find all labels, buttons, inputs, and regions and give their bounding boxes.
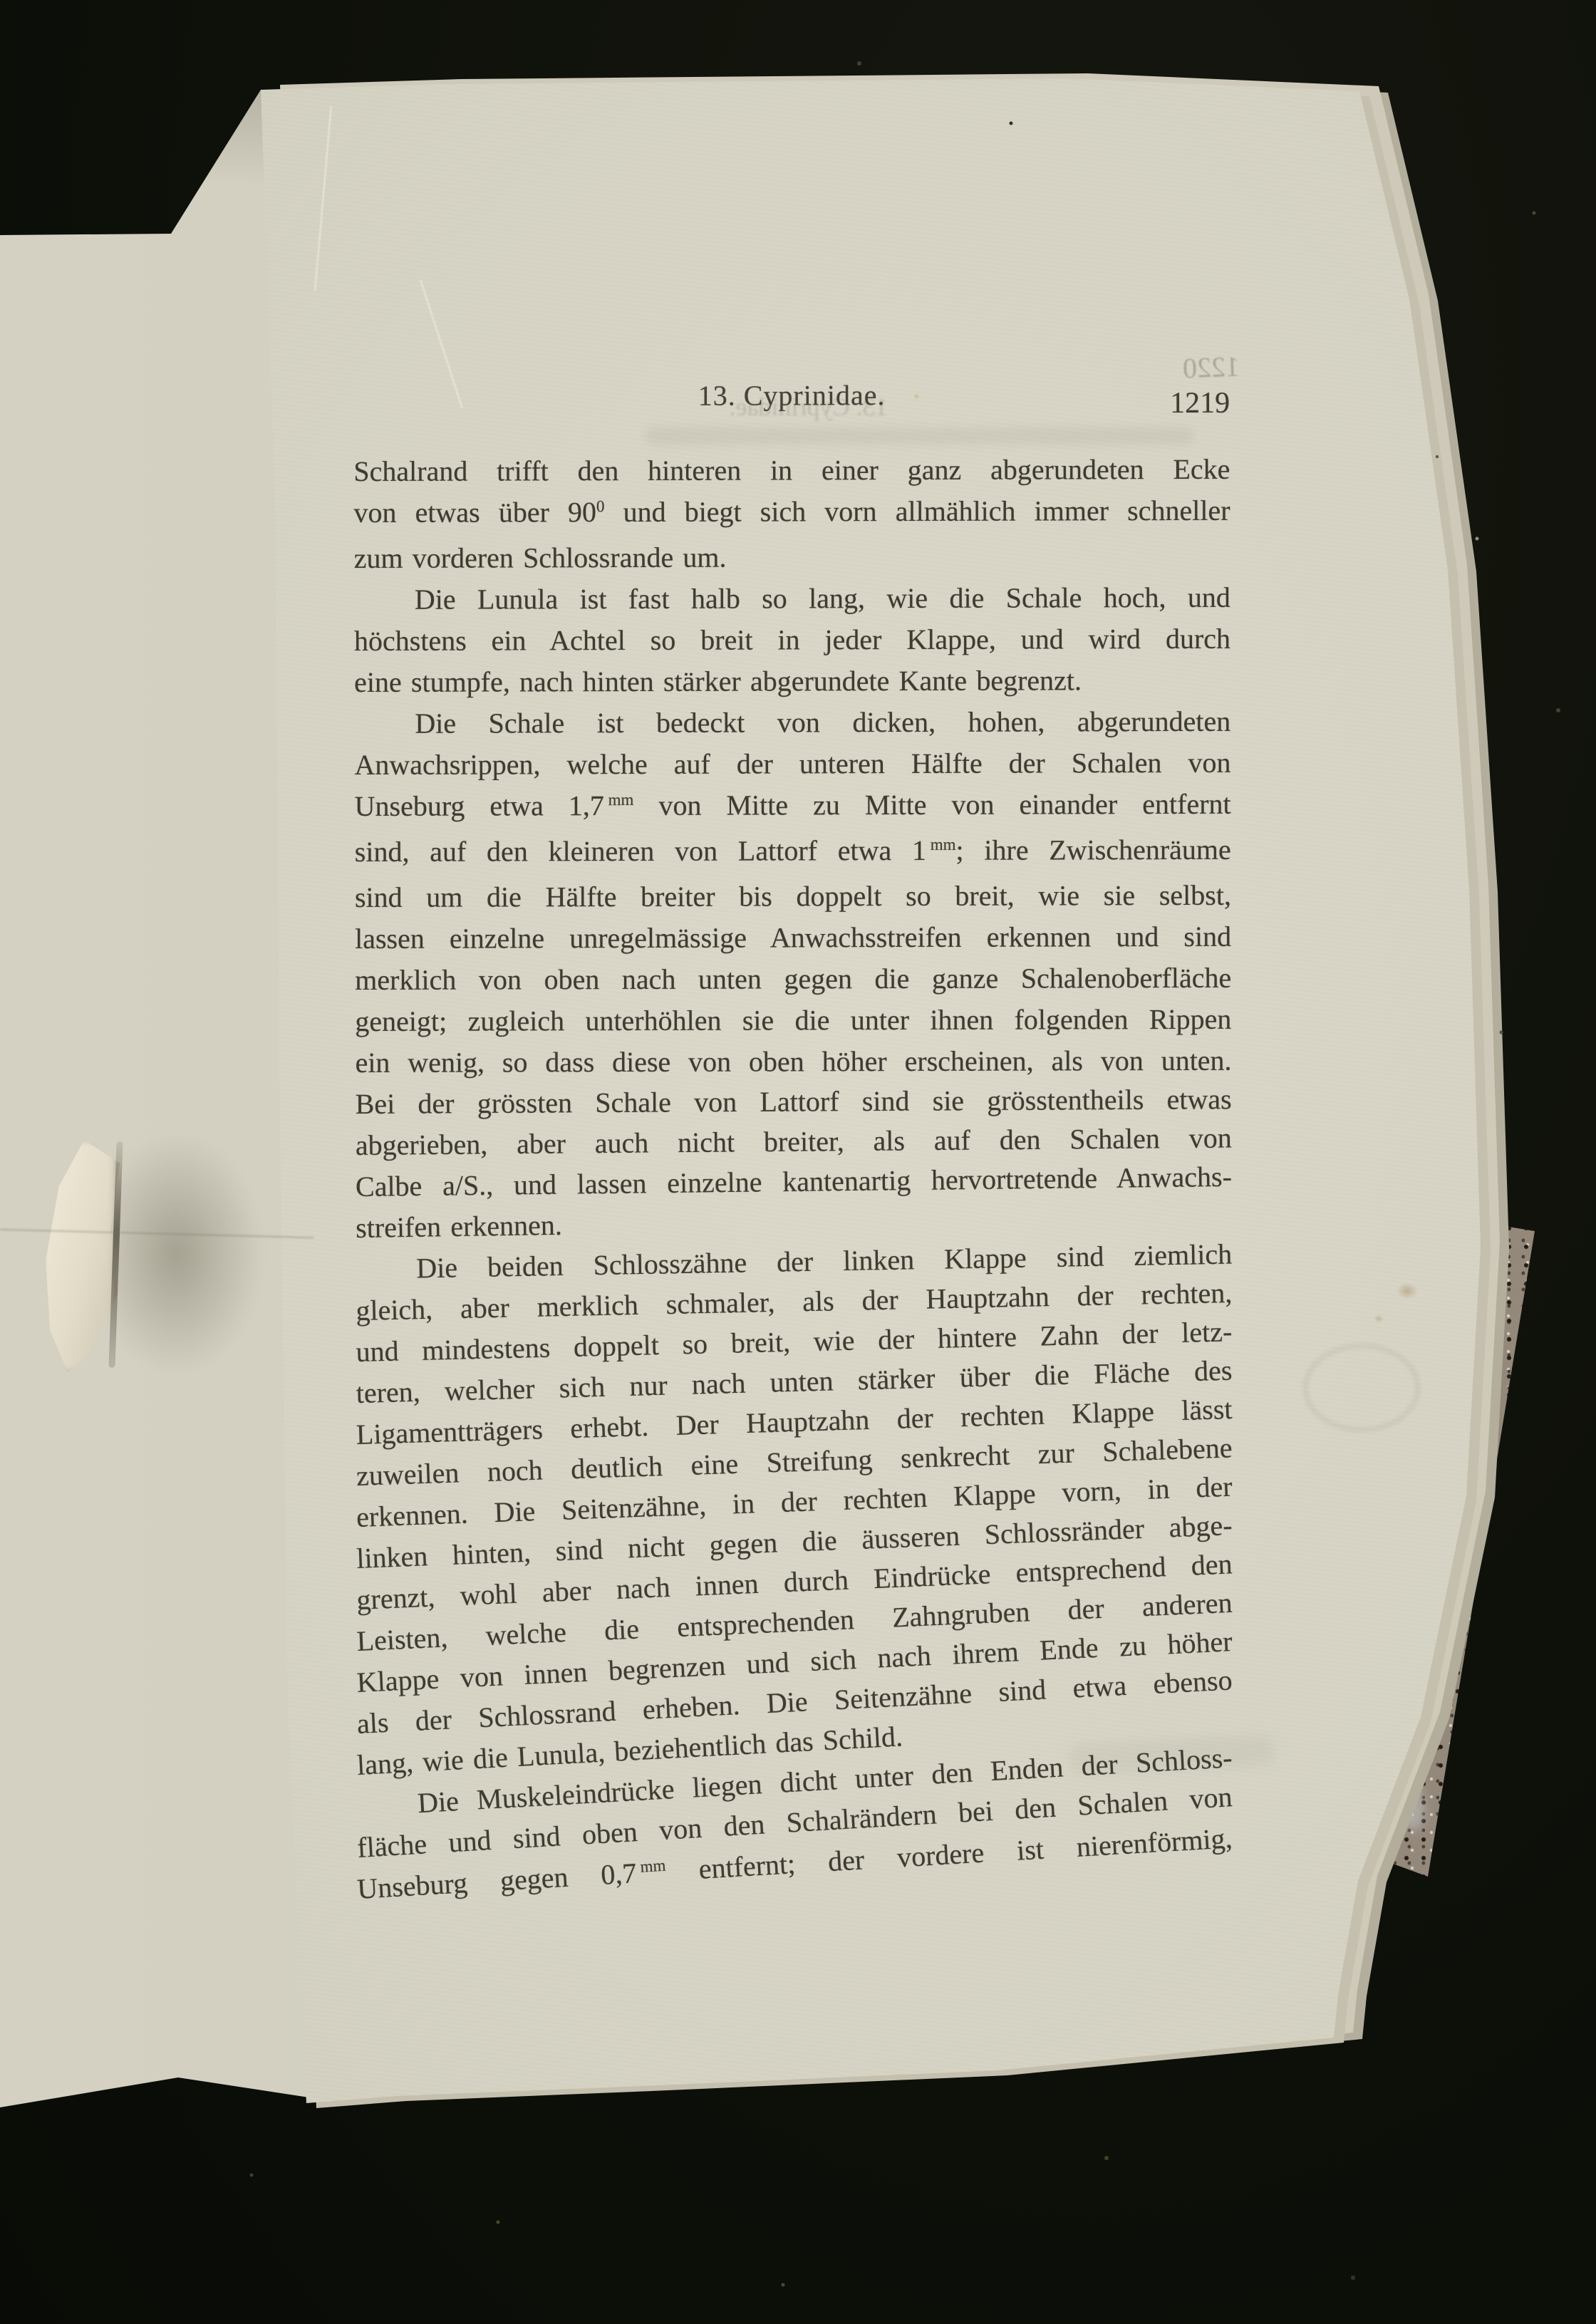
stain bbox=[1374, 1314, 1384, 1323]
text-line: Die Lunula ist fast halb so lang, wie di… bbox=[354, 577, 1230, 621]
text-line: sind, auf den kleineren von Lattorf etwa… bbox=[355, 829, 1231, 877]
superscript: mm bbox=[640, 1856, 666, 1875]
paragraph: Die beiden Schlosszähne der linken Klapp… bbox=[356, 1247, 1233, 1786]
text-segment: Schalrand trifft den hinteren in einer g… bbox=[353, 453, 1230, 487]
text-line: merklich von oben nach unten gegen die g… bbox=[355, 958, 1231, 1001]
text-segment: eine stumpfe, nach hinten stärker abgeru… bbox=[354, 664, 1082, 698]
text-segment: streifen erkennen. bbox=[356, 1209, 562, 1244]
text-segment: Die Lunula ist fast halb so lang, wie di… bbox=[415, 581, 1230, 616]
text-line: Anwachsrippen, welche auf der unteren Hä… bbox=[354, 742, 1230, 786]
stain-ring bbox=[1302, 1343, 1421, 1433]
text-line: sind um die Hälfte breiter bis doppelt s… bbox=[355, 875, 1231, 918]
text-segment: Bei der grössten Schale von Lattorf sind… bbox=[356, 1083, 1232, 1120]
superscript: 0 bbox=[596, 497, 605, 515]
text-segment: und biegt sich vorn allmählich immer sch… bbox=[604, 494, 1230, 528]
text-segment: ; ihre Zwischenräume bbox=[955, 834, 1230, 866]
paragraph: Schalrand trifft den hinteren in einer g… bbox=[353, 449, 1230, 579]
superscript: mm bbox=[931, 836, 956, 854]
dust-specks bbox=[0, 0, 1, 1]
text-segment: Die Schale ist bedeckt von dicken, hohen… bbox=[415, 705, 1230, 740]
text-line: eine stumpfe, nach hinten stärker abgeru… bbox=[354, 660, 1230, 703]
text-segment: von Mitte zu Mitte von einander entfernt bbox=[633, 788, 1230, 821]
text-line: ein wenig, so dass diese von oben höher … bbox=[355, 1040, 1231, 1084]
text-segment: Unseburg etwa 1,7 bbox=[355, 789, 604, 822]
text-segment: geneigt; zugleich unterhöhlen sie die un… bbox=[355, 1003, 1231, 1037]
text-segment: lassen einzelne unregelmässige Anwachsst… bbox=[355, 920, 1231, 955]
text-segment: Anwachsrippen, welche auf der unteren Hä… bbox=[354, 747, 1230, 781]
stain bbox=[1396, 1282, 1418, 1300]
text-segment: höchstens ein Achtel so breit in jeder K… bbox=[354, 623, 1230, 657]
text-line: höchstens ein Achtel so breit in jeder K… bbox=[354, 618, 1230, 662]
superscript: mm bbox=[608, 791, 634, 809]
text-segment: zum vorderen Schlossrande um. bbox=[354, 541, 727, 574]
page-text: Schalrand trifft den hinteren in einer g… bbox=[353, 449, 1233, 1914]
photo-background: 1220 13. Cyprinidae. 13. Cyprinidae. 121… bbox=[0, 0, 1596, 2324]
text-line: geneigt; zugleich unterhöhlen sie die un… bbox=[355, 999, 1231, 1042]
text-block: 13. Cyprinidae. 1219 Schalrand trifft de… bbox=[353, 372, 1234, 1914]
paragraph: Die Schale ist bedeckt von dicken, hohen… bbox=[354, 701, 1232, 1249]
paragraph: Die Lunula ist fast halb so lang, wie di… bbox=[354, 577, 1230, 703]
chapter-heading: 13. Cyprinidae. bbox=[353, 378, 1230, 413]
text-line: lassen einzelne unregelmässige Anwachsst… bbox=[355, 916, 1231, 960]
text-line: Unseburg etwa 1,7mm von Mitte zu Mitte v… bbox=[355, 784, 1231, 831]
text-segment: merklich von oben nach unten gegen die g… bbox=[355, 962, 1231, 996]
text-line: zum vorderen Schlossrande um. bbox=[354, 536, 1230, 579]
text-segment: sind um die Hälfte breiter bis doppelt s… bbox=[355, 879, 1231, 913]
text-segment: abgerieben, aber auch nicht breiter, als… bbox=[356, 1121, 1232, 1161]
text-segment: sind, auf den kleineren von Lattorf etwa… bbox=[355, 834, 926, 868]
text-line: Die Schale ist bedeckt von dicken, hohen… bbox=[354, 701, 1230, 745]
page-number: 1219 bbox=[1170, 386, 1230, 420]
text-line: Schalrand trifft den hinteren in einer g… bbox=[353, 449, 1230, 492]
paragraph: Die Muskeleindrücke liegen dicht unter d… bbox=[357, 1784, 1233, 1914]
text-segment: von etwas über 90 bbox=[353, 496, 596, 529]
text-line: von etwas über 900 und biegt sich vorn a… bbox=[353, 490, 1230, 538]
text-segment: ein wenig, so dass diese von oben höher … bbox=[355, 1044, 1231, 1079]
